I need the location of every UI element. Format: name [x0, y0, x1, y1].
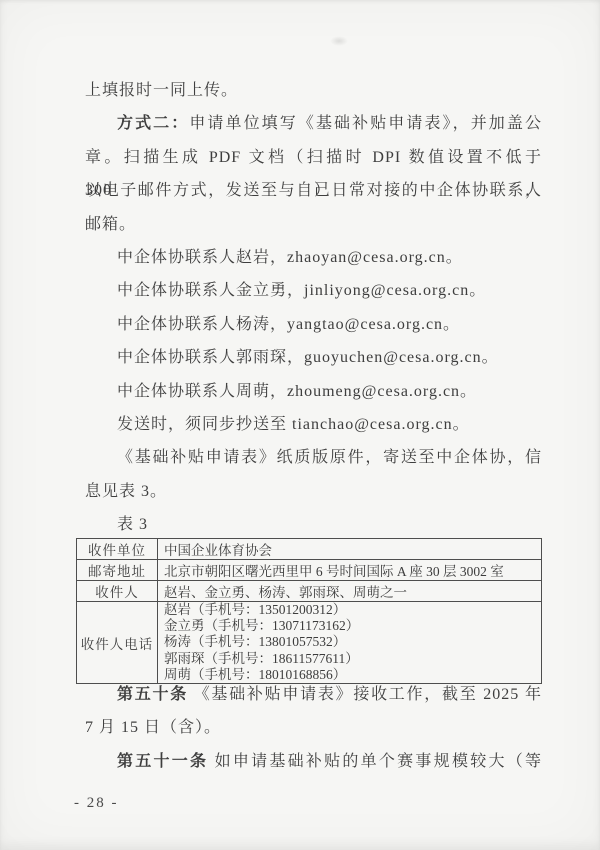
para-upload-line: 上填报时一同上传。 — [85, 74, 542, 107]
method-two-label: 方式二： — [117, 115, 189, 132]
para-method-two-line2: 章。扫描生成 PDF 文档（扫描时 DPI 数值设置不低于 300）， — [85, 141, 542, 174]
table-caption: 表 3 — [85, 508, 542, 541]
scan-smudge — [330, 36, 348, 46]
paper-mail-line1: 《基础补贴申请表》纸质版原件，寄送至中企体协，信 — [85, 441, 542, 474]
method-two-text: 申请单位填写《基础补贴申请表》，并加盖公 — [189, 115, 542, 132]
contact-line-zhoumeng: 中企体协联系人周萌，zhoumeng@cesa.org.cn。 — [85, 375, 542, 408]
row-value: 赵岩、金立勇、杨涛、郭雨琛、周萌之一 — [158, 581, 542, 602]
row-label: 收件单位 — [77, 539, 158, 560]
document-body-lower: 第五十条 《基础补贴申请表》接收工作，截至 2025 年 7 月 15 日（含）… — [85, 678, 542, 778]
contact-line-guoyuchen: 中企体协联系人郭雨琛，guoyuchen@cesa.org.cn。 — [85, 341, 542, 374]
mailing-info-table: 收件单位 中国企业体育协会 邮寄地址 北京市朝阳区曙光西里甲 6 号时间国际 A… — [76, 538, 542, 684]
page-number: - 28 - — [74, 795, 119, 812]
row-value: 中国企业体育协会 — [158, 539, 542, 560]
scanned-document-page: 上填报时一同上传。 方式二：申请单位填写《基础补贴申请表》，并加盖公 章。扫描生… — [0, 0, 600, 850]
article-51-line1: 第五十一条 如申请基础补贴的单个赛事规模较大（等 — [85, 745, 542, 778]
row-value: 北京市朝阳区曙光西里甲 6 号时间国际 A 座 30 层 3002 室 — [158, 560, 542, 581]
contact-line-yangtao: 中企体协联系人杨涛，yangtao@cesa.org.cn。 — [85, 308, 542, 341]
table-row-recipient-org: 收件单位 中国企业体育协会 — [77, 539, 542, 560]
row-value: 赵岩（手机号：13501200312） 金立勇（手机号：13071173162）… — [158, 602, 542, 684]
table-row-recipient-names: 收件人 赵岩、金立勇、杨涛、郭雨琛、周萌之一 — [77, 581, 542, 602]
row-label: 邮寄地址 — [77, 560, 158, 581]
phone-line-jinliyong: 金立勇（手机号：13071173162） — [164, 618, 535, 634]
contact-line-jinliyong: 中企体协联系人金立勇，jinliyong@cesa.org.cn。 — [85, 274, 542, 307]
article-50-label: 第五十条 — [117, 686, 188, 703]
para-method-two-line3: 以电子邮件方式，发送至与自己日常对接的中企体协联系人 — [85, 174, 542, 207]
article-50-text: 《基础补贴申请表》接收工作，截至 2025 年 — [188, 686, 542, 703]
article-51-label: 第五十一条 — [117, 753, 208, 770]
paper-mail-line2: 息见表 3。 — [85, 475, 542, 508]
contact-line-zhaoyan: 中企体协联系人赵岩，zhaoyan@cesa.org.cn。 — [85, 241, 542, 274]
table-row-mailing-address: 邮寄地址 北京市朝阳区曙光西里甲 6 号时间国际 A 座 30 层 3002 室 — [77, 560, 542, 581]
document-body-upper: 上填报时一同上传。 方式二：申请单位填写《基础补贴申请表》，并加盖公 章。扫描生… — [85, 74, 542, 541]
article-51-text: 如申请基础补贴的单个赛事规模较大（等 — [208, 753, 542, 770]
cc-notice-line: 发送时，须同步抄送至 tianchao@cesa.org.cn。 — [85, 408, 542, 441]
phone-line-guoyuchen: 郭雨琛（手机号：18611577611） — [164, 651, 535, 667]
phone-line-zhaoyan: 赵岩（手机号：13501200312） — [164, 602, 535, 618]
para-method-two-line1: 方式二：申请单位填写《基础补贴申请表》，并加盖公 — [85, 107, 542, 140]
row-label: 收件人电话 — [77, 602, 158, 684]
article-50-line2: 7 月 15 日（含）。 — [85, 711, 542, 744]
para-method-two-line4: 邮箱。 — [85, 208, 542, 241]
article-50-line1: 第五十条 《基础补贴申请表》接收工作，截至 2025 年 — [85, 678, 542, 711]
phone-line-yangtao: 杨涛（手机号：13801057532） — [164, 634, 535, 650]
row-label: 收件人 — [77, 581, 158, 602]
table-row-recipient-phones: 收件人电话 赵岩（手机号：13501200312） 金立勇（手机号：130711… — [77, 602, 542, 684]
